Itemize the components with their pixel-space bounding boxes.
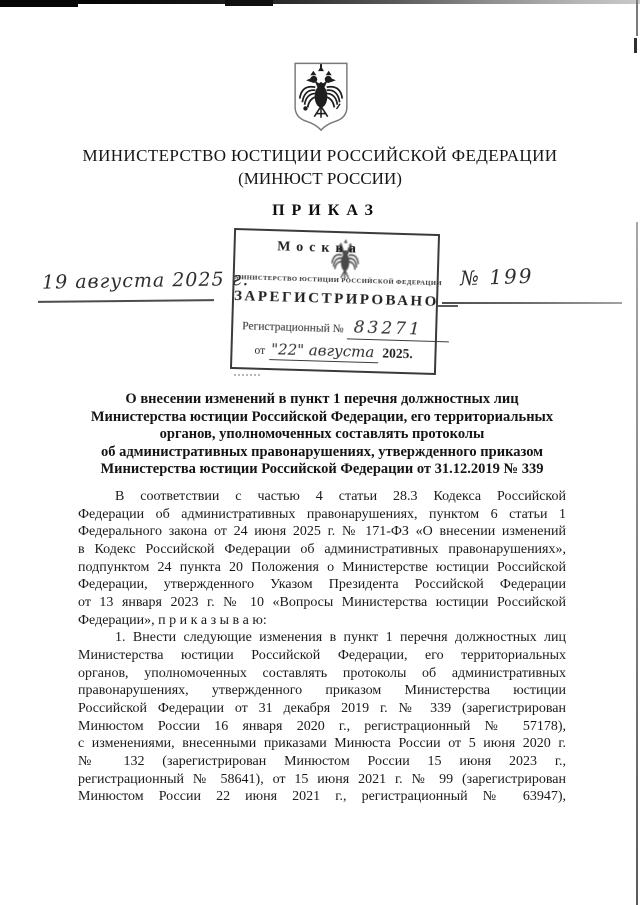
order-body: В соответствии с частью 4 статьи 28.3 Ко… <box>78 488 566 806</box>
stamp-reg-number-row: Регистрационный № 83271 <box>242 314 433 340</box>
text-line: подпунктом 24 пункта 20 Положения о Мини… <box>78 559 566 577</box>
date-underline <box>38 299 214 303</box>
ministry-short-name: (МИНЮСТ РОССИИ) <box>0 169 640 189</box>
body-paragraph-2: 1. Внести следующие изменения в пункт 1 … <box>78 629 566 806</box>
text-line: в Кодекс Российской Федерации об админис… <box>78 541 566 559</box>
text-line: с изменениями, внесенными приказами Миню… <box>78 735 566 753</box>
order-title-line: органов, уполномоченных составлять прото… <box>55 426 589 444</box>
scan-top-edge <box>0 0 640 4</box>
scan-noise <box>234 373 260 376</box>
order-number-handwritten: № 199 <box>460 264 534 291</box>
text-line: Федерации, утвержденного Указом Президен… <box>78 576 566 594</box>
ministry-name: МИНИСТЕРСТВО ЮСТИЦИИ РОССИЙСКОЙ ФЕДЕРАЦИ… <box>0 146 640 166</box>
number-underline <box>442 302 622 304</box>
text-line: Федерального закона от 24 июня 2025 г. №… <box>78 523 566 541</box>
text-line: Федерации об административных правонаруш… <box>78 506 566 524</box>
text-line: регистрационный № 58641), от 15 июня 202… <box>78 771 566 789</box>
order-title-line: Министерства юстиции Российской Федераци… <box>55 409 589 427</box>
scan-top-edge-thick <box>0 0 78 7</box>
stamp-side-dash <box>438 305 458 307</box>
text-line: Федерации», п р и к а з ы в а ю: <box>78 612 566 630</box>
stamp-reg-date-handwritten: "22" августа <box>269 340 379 363</box>
stamp-reg-date-prefix: от <box>254 345 265 357</box>
order-title-line: О внесении изменений в пункт 1 перечня д… <box>55 391 589 409</box>
text-line: правонарушениях, утвержденного приказом … <box>78 682 566 700</box>
stamp-reg-date-row: от "22" августа 2025. <box>254 340 434 364</box>
stamp-reg-number-value: 83271 <box>347 317 449 342</box>
text-line: Министерства юстиции Российской Федераци… <box>78 647 566 665</box>
scan-right-edge <box>636 222 638 905</box>
scan-top-edge-chunk <box>225 0 273 6</box>
scan-right-edge <box>634 38 637 53</box>
text-line: органов, уполномоченных составлять прото… <box>78 665 566 683</box>
text-line: от 13 января 2023 г. № 10 «Вопросы Минис… <box>78 594 566 612</box>
document-page: МИНИСТЕРСТВО ЮСТИЦИИ РОССИЙСКОЙ ФЕДЕРАЦИ… <box>0 0 640 905</box>
body-paragraph-1: В соответствии с частью 4 статьи 28.3 Ко… <box>78 488 566 629</box>
text-line: Минюстом России 16 января 2020 г., регис… <box>78 718 566 736</box>
stamp-reg-date-year: 2025. <box>382 345 413 361</box>
document-type-title: ПРИКАЗ <box>6 202 640 220</box>
text-line: В соответствии с частью 4 статьи 28.3 Ко… <box>78 488 566 506</box>
coat-of-arms-icon <box>292 62 350 131</box>
order-date-handwritten: 19 августа 2025 г. <box>42 268 222 293</box>
text-line: Российской Федерации от 31 декабря 2019 … <box>78 700 566 718</box>
registration-stamp: Москва МИНИСТЕРСТВО ЮСТИЦИИ РОССИЙСКОЙ Ф… <box>230 228 440 375</box>
order-title-line: об административных правонарушениях, утв… <box>55 444 589 462</box>
text-line: 1. Внести следующие изменения в пункт 1 … <box>78 629 566 647</box>
stamp-registered-label: ЗАРЕГИСТРИРОВАНО <box>234 288 436 311</box>
scan-right-edge <box>636 0 638 36</box>
text-line: Минюстом России 22 июня 2021 г., регистр… <box>78 788 566 806</box>
text-line: № 132 (зарегистрирован Минюстом России 1… <box>78 753 566 771</box>
stamp-reg-number-label: Регистрационный № <box>242 320 344 335</box>
order-title: О внесении изменений в пункт 1 перечня д… <box>55 391 589 479</box>
order-title-line: Министерства юстиции Российской Федераци… <box>55 461 589 479</box>
